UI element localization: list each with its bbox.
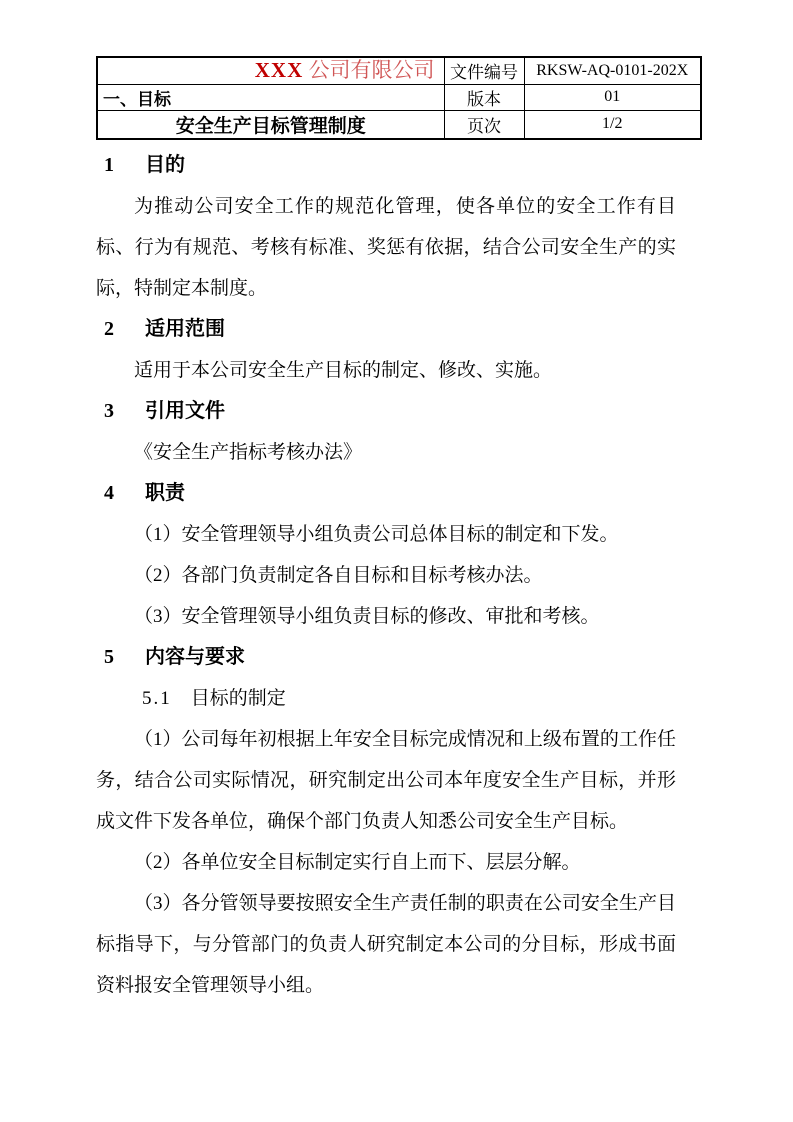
section-2-number: 2 [104, 309, 145, 350]
version-value: 01 [524, 84, 701, 110]
section-2-title: 适用范围 [145, 318, 225, 340]
document-title: 安全生产目标管理制度 [97, 110, 444, 139]
section-4-title: 职责 [145, 482, 185, 504]
doc-number-value: RKSW-AQ-0101-202X [524, 57, 701, 84]
target-item-3: （3）各分管领导要按照安全生产责任制的职责在公司安全生产目标指导下，与分管部门的… [96, 883, 676, 1006]
subsection-5-1-heading: 5.1目标的制定 [96, 678, 676, 719]
section-1-paragraph: 为推动公司安全工作的规范化管理，使各单位的安全工作有目标、行为有规范、考核有标准… [96, 186, 676, 309]
section-5-title: 内容与要求 [145, 646, 245, 668]
document-content: XXX 公司有限公司 文件编号 RKSW-AQ-0101-202X 一、目标 版… [96, 56, 700, 1006]
document-body: 1目的 为推动公司安全工作的规范化管理，使各单位的安全工作有目标、行为有规范、考… [96, 145, 676, 1006]
section-2-heading: 2适用范围 [96, 309, 676, 350]
section-4-number: 4 [104, 473, 145, 514]
section-4-heading: 4职责 [96, 473, 676, 514]
doc-number-label: 文件编号 [444, 57, 524, 84]
section-2-paragraph: 适用于本公司安全生产目标的制定、修改、实施。 [96, 350, 676, 391]
header-table: XXX 公司有限公司 文件编号 RKSW-AQ-0101-202X 一、目标 版… [96, 56, 702, 140]
document-page: XXX 公司有限公司 文件编号 RKSW-AQ-0101-202X 一、目标 版… [0, 0, 793, 1122]
company-name-cell: XXX 公司有限公司 [97, 57, 444, 84]
section-1-title: 目的 [145, 154, 185, 176]
section-1-number: 1 [104, 145, 145, 186]
subsection-5-1-title: 目标的制定 [191, 688, 286, 709]
page-number-value: 1/2 [524, 110, 701, 139]
section-3-title: 引用文件 [145, 400, 225, 422]
section-5-number: 5 [104, 637, 145, 678]
duty-item-2: （2）各部门负责制定各自目标和目标考核办法。 [96, 555, 676, 596]
section-3-heading: 3引用文件 [96, 391, 676, 432]
section-3-number: 3 [104, 391, 145, 432]
target-item-2: （2）各单位安全目标制定实行自上而下、层层分解。 [96, 842, 676, 883]
section-5-heading: 5内容与要求 [96, 637, 676, 678]
duty-item-3: （3）安全管理领导小组负责目标的修改、审批和考核。 [96, 596, 676, 637]
company-name-suffix: 公司有限公司 [303, 58, 434, 82]
reference-document-title: 《安全生产指标考核办法》 [96, 432, 676, 473]
company-name-prefix: XXX [255, 58, 304, 82]
target-item-1: （1）公司每年初根据上年安全目标完成情况和上级布置的工作任务，结合公司实际情况，… [96, 719, 676, 842]
duty-item-1: （1）安全管理领导小组负责公司总体目标的制定和下发。 [96, 514, 676, 555]
version-label: 版本 [444, 84, 524, 110]
chapter-label: 一、目标 [97, 84, 444, 110]
page-number-label: 页次 [444, 110, 524, 139]
section-1-heading: 1目的 [96, 145, 676, 186]
subsection-5-1-number: 5.1 [142, 688, 172, 709]
